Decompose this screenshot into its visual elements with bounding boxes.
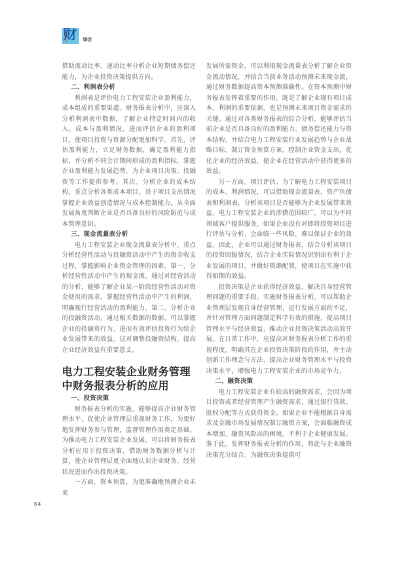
paragraph: 投资决策是企业获得经济效益、解决自身经营管理问题的重要手段。实施财务报表分析，可…	[206, 283, 352, 378]
section-label: 综合	[83, 37, 92, 43]
paragraph: 发展所需资金，可以利用现金流量表分析了解企业资金流动情况，并结合当前业务活动预测…	[206, 62, 352, 178]
subheading-cash-flow: 三、现金流量表分析	[62, 230, 196, 241]
paragraph: 利润表是评价电力工程安装企业盈利能力，成本组成的重要渠道。财务报表分析中，应深入…	[62, 94, 196, 231]
page-number: 64	[34, 502, 41, 508]
paragraph: 一方面，资本预算，为更准确地预测企业未来	[62, 478, 196, 499]
paragraph: 财务报表分析的实施，能够提高企业财务管理水平，促使企业管理层重视财务工作，为更好…	[62, 405, 196, 479]
right-column: 发展所需资金，可以利用现金流量表分析了解企业资金流动情况，并结合当前业务活动预测…	[206, 62, 352, 461]
paragraph: 借助流动比率、速动比率分析企业短期债务偿还能力，为企业投资决策提供方向。	[62, 62, 196, 83]
logo-glyph: 财	[63, 28, 77, 44]
subheading-income-statement: 二、利润表分析	[62, 83, 196, 94]
paragraph: 另一方面，项目评估。为了解电力工程安装项目的成本、利润情况，可以借助现金流量表、…	[206, 178, 352, 283]
subheading-financing-decision: 二、融资决策	[206, 377, 352, 388]
cai-logo-icon: 财	[62, 28, 79, 44]
left-column: 借助流动比率、速动比率分析企业短期债务偿还能力，为企业投资决策提供方向。 二、利…	[62, 62, 196, 499]
section-title: 电力工程安装企业财务管理中财务报表分析的应用	[62, 365, 196, 393]
journal-header: 财 综合	[62, 26, 92, 44]
paragraph: 电力工程安装企业有较高的融资需求，会因为项目投资或者经营管理产生融资需求，通过银…	[206, 388, 352, 462]
subheading-investment-decision: 一、投资决策	[62, 394, 196, 405]
paragraph: 电力工程安装企业现金流量表分析中，重点分析经营性活动与投融资活动中产生的资金收支…	[62, 241, 196, 357]
